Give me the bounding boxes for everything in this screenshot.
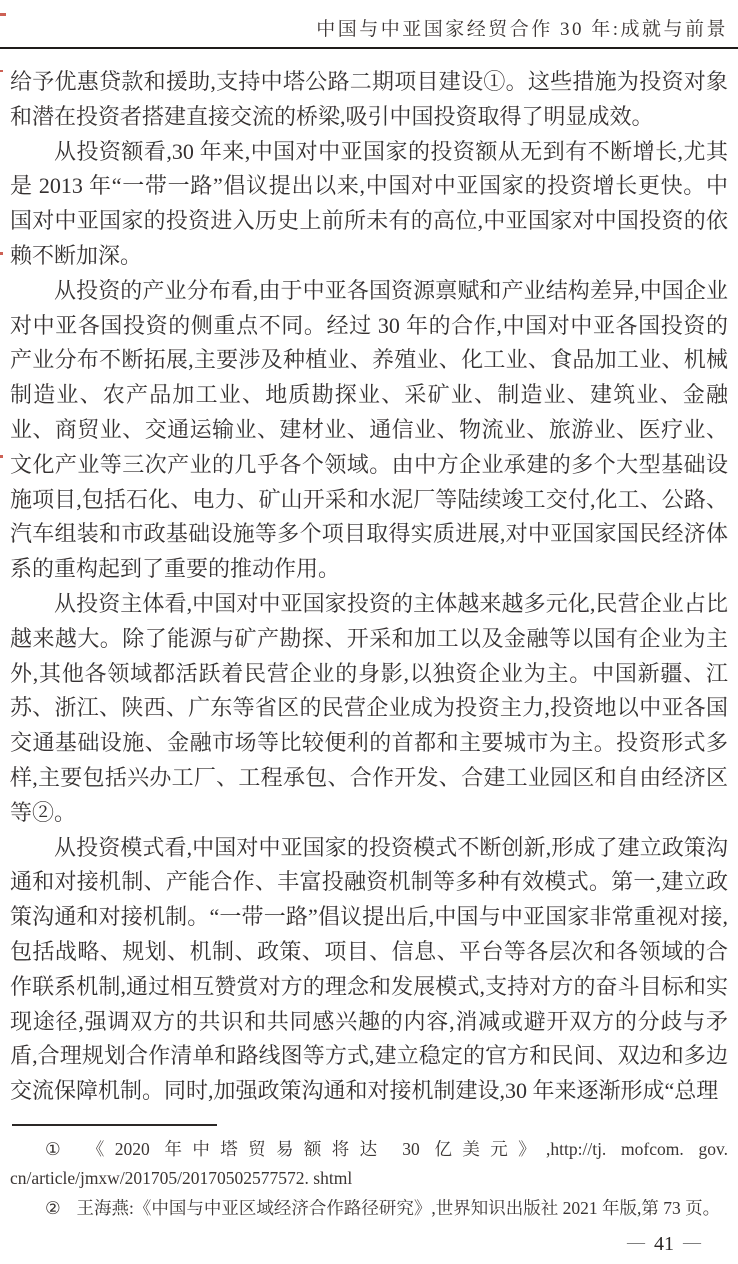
paragraph-industry-distribution: 从投资的产业分布看,由于中亚各国资源禀赋和产业结构差异,中国企业对中亚各国投资的… [10, 274, 728, 587]
scan-artifact [0, 252, 3, 255]
header-rule [0, 47, 738, 49]
footnote-1-marker: ① [45, 1139, 71, 1159]
paragraph-investment-entities: 从投资主体看,中国对中亚国家投资的主体越来越多元化,民营企业占比越来越大。除了能… [10, 587, 728, 831]
running-head-title: 中国与中亚国家经贸合作 30 年:成就与前景 [316, 19, 728, 40]
scan-artifact [0, 13, 6, 16]
footnote-separator [12, 1124, 217, 1126]
page-number-left-dash: — [627, 1232, 645, 1252]
running-head: 中国与中亚国家经贸合作 30 年:成就与前景 [0, 0, 738, 41]
footnote-2-marker: ② [45, 1198, 61, 1218]
page-footer: —41— [0, 1233, 738, 1256]
paragraph-investment-amount: 从投资额看,30 年来,中国对中亚国家的投资额从无到有不断增长,尤其是 2013… [10, 135, 728, 274]
footnote-1-text: 《2020 年中塔贸易额将达 30 亿美元》,http://tj. mofcom… [10, 1139, 728, 1189]
scan-artifact [0, 455, 3, 458]
footnote-2-text: 王海燕:《中国与中亚区域经济合作路径研究》,世界知识出版社 2021 年版,第 … [76, 1198, 720, 1218]
paragraph-investment-model: 从投资模式看,中国对中亚国家的投资模式不断创新,形成了建立政策沟通和对接机制、产… [10, 831, 728, 1109]
paragraph-continuation: 给予优惠贷款和援助,支持中塔公路二期项目建设①。这些措施为投资对象和潜在投资者搭… [10, 65, 728, 135]
page-number: 41 [654, 1233, 674, 1255]
scan-artifact [0, 70, 3, 72]
page-number-right-dash: — [683, 1232, 701, 1252]
footnote-1: ①《2020 年中塔贸易额将达 30 亿美元》,http://tj. mofco… [10, 1135, 728, 1194]
footnote-2: ②王海燕:《中国与中亚区域经济合作路径研究》,世界知识出版社 2021 年版,第… [10, 1194, 728, 1224]
article-body: 给予优惠贷款和援助,支持中塔公路二期项目建设①。这些措施为投资对象和潜在投资者搭… [10, 65, 728, 1109]
scanned-document-page: 中国与中亚国家经贸合作 30 年:成就与前景 给予优惠贷款和援助,支持中塔公路二… [0, 0, 738, 1264]
footnotes: ①《2020 年中塔贸易额将达 30 亿美元》,http://tj. mofco… [10, 1135, 728, 1224]
